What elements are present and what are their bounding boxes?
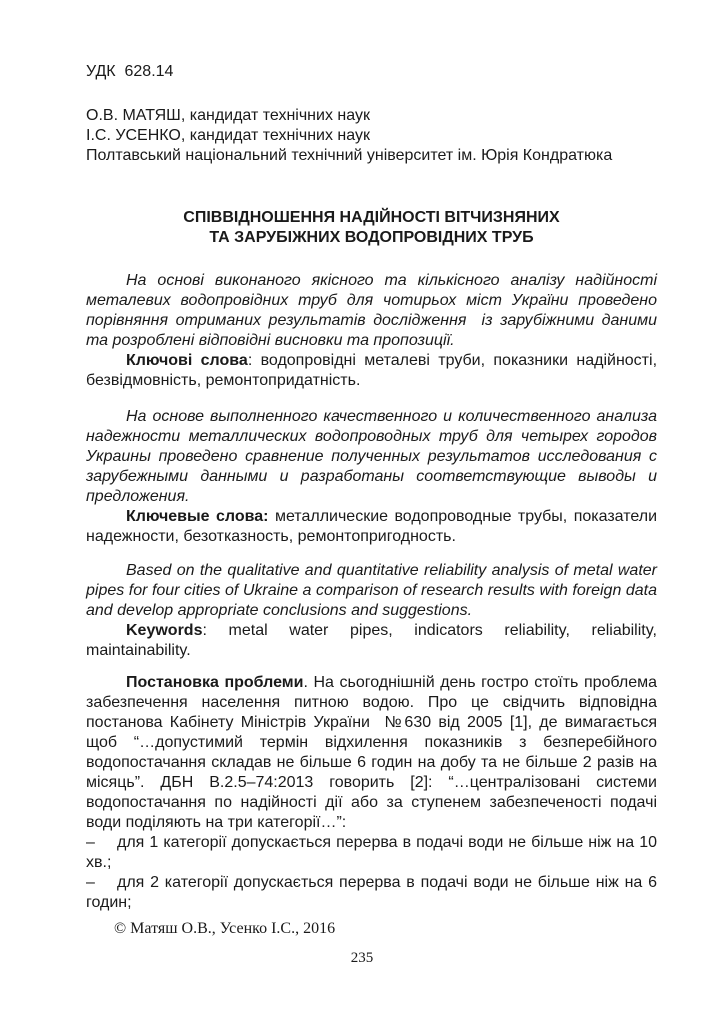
title-line-1: СПІВВІДНОШЕННЯ НАДІЙНОСТІ ВІТЧИЗНЯНИХ: [183, 209, 559, 226]
list-item-text: для 1 категорії допускається перерва в п…: [86, 834, 657, 871]
list-dash: –: [86, 833, 117, 853]
list-dash: –: [86, 873, 117, 893]
abstract-section-en: Based on the qualitative and quantitativ…: [86, 561, 657, 661]
copyright-note: © Матяш О.В., Усенко І.С., 2016: [114, 919, 335, 939]
problem-statement-heading: Постановка проблеми: [126, 674, 303, 691]
keywords-uk: Ключові слова: водопровідні металеві тру…: [86, 351, 657, 391]
abstract-uk: На основі виконаного якісного та кількіс…: [86, 271, 657, 351]
title-line-2: ТА ЗАРУБІЖНИХ ВОДОПРОВІДНИХ ТРУБ: [209, 229, 533, 246]
keywords-en: Keywords: metal water pipes, indicators …: [86, 621, 657, 661]
list-item-category-2: –для 2 категорії допускається перерва в …: [86, 873, 657, 913]
author-line-1: О.В. МАТЯШ, кандидат технічних наук: [86, 106, 657, 126]
abstract-section-uk: На основі виконаного якісного та кількіс…: [86, 271, 657, 391]
authors-block: О.В. МАТЯШ, кандидат технічних наук І.С.…: [86, 106, 657, 166]
keywords-ru-label: Ключевые слова:: [126, 508, 269, 525]
author-line-2: І.С. УСЕНКО, кандидат технічних наук: [86, 126, 657, 146]
keywords-uk-label: Ключові слова: [126, 352, 248, 369]
abstract-en: Based on the qualitative and quantitativ…: [86, 561, 657, 621]
abstract-section-ru: На основе выполненного качественного и к…: [86, 407, 657, 547]
list-item-text: для 2 категорії допускається перерва в п…: [86, 874, 657, 911]
keywords-ru: Ключевые слова: металлические водопровод…: [86, 507, 657, 547]
keywords-en-label: Keywords: [126, 622, 202, 639]
page-number: 235: [0, 948, 724, 968]
problem-statement-paragraph: Постановка проблеми. На сьогоднішній ден…: [86, 673, 657, 833]
problem-statement-text: . На сьогоднішній день гостро стоїть про…: [86, 674, 657, 831]
document-page: УДК 628.14 О.В. МАТЯШ, кандидат технічни…: [0, 0, 724, 1024]
article-title: СПІВВІДНОШЕННЯ НАДІЙНОСТІ ВІТЧИЗНЯНИХ ТА…: [86, 208, 657, 248]
abstract-ru: На основе выполненного качественного и к…: [86, 407, 657, 507]
list-item-category-1: –для 1 категорії допускається перерва в …: [86, 833, 657, 873]
udc-code: УДК 628.14: [86, 62, 657, 82]
affiliation: Полтавський національний технічний уніве…: [86, 146, 657, 166]
